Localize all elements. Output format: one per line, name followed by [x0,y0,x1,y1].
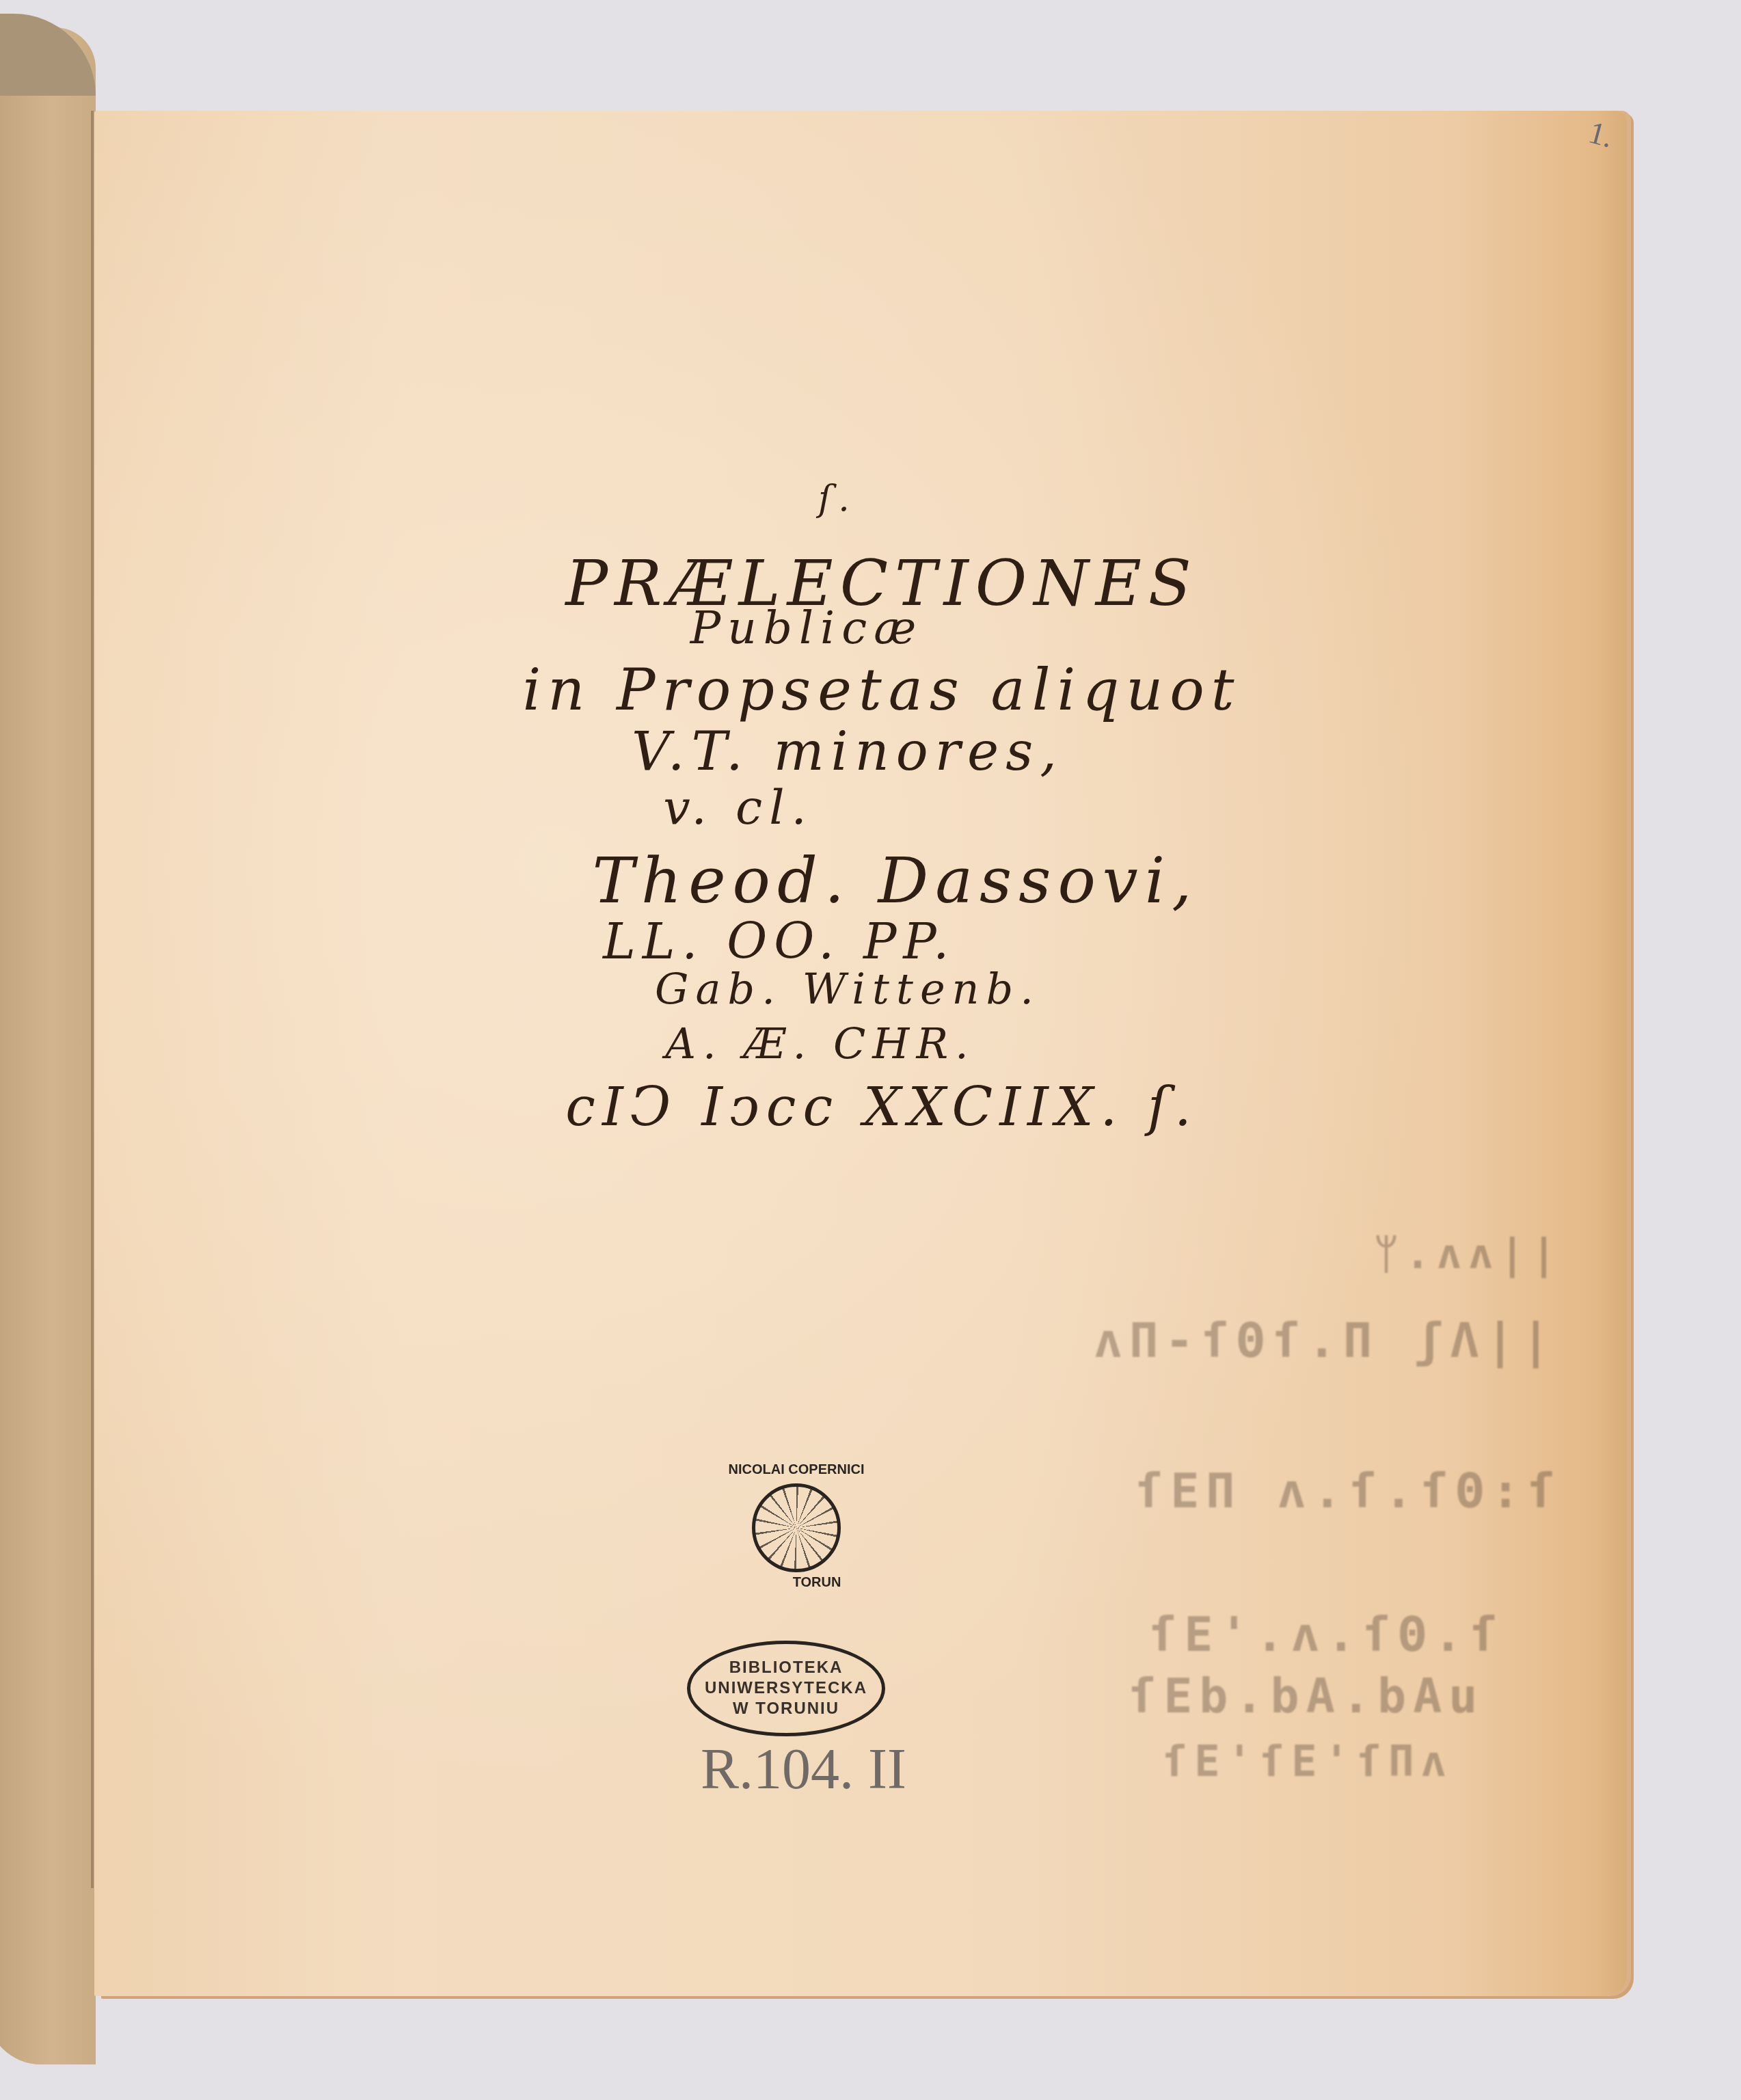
shelfmark: R.104. II [701,1736,906,1803]
wheel-emblem-icon [752,1483,841,1572]
title-line-9: A. Æ. CHR. [665,1019,975,1068]
title-line-5: v. cl. [663,779,813,835]
title-line-6: Theod. Dassovi, [593,844,1199,917]
offset-ink-6: ſΕ'ſΕ'ſΠʌ [1162,1736,1453,1786]
stamp-oval-line-2: UNIWERSYTECKA [705,1678,867,1699]
stamp-round-bottom-text: TORUN [769,1572,865,1596]
cover-edge [0,14,96,96]
title-line-0: ſ. [818,479,856,520]
offset-ink-2: ʌΠ-ſΘſ.Π ʃΛ|| [1094,1312,1557,1369]
biblioteka-uniwersytecka-stamp: BIBLIOTEKA UNIWERSYTECKA W TORUNIU [687,1641,885,1736]
title-line-8: Gab. Wittenb. [655,964,1040,1014]
title-line-10: cIↃ Iↄcc XXCIIX. ſ. [565,1077,1198,1138]
book-cover-left [0,27,96,2064]
offset-ink-5: ſΕb.bA.bAu [1128,1668,1484,1724]
stamp-oval-line-3: W TORUNIU [733,1699,839,1719]
copernicus-university-round-stamp: NICOLAI COPERNICI TORUN [728,1459,865,1596]
title-line-4: V.T. minores, [632,721,1064,783]
title-line-3: in Propsetas aliquot [522,656,1241,723]
offset-ink-3: ſΕΠ ʌ.ſ.ſΘ:ſ [1135,1463,1563,1519]
title-line-7: LL. OO. PP. [603,913,956,970]
gutter [91,111,94,1888]
offset-ink-4: ſΕ'.ʌ.ſΘ.ſ [1148,1606,1504,1662]
offset-ink-1: ᛘ.ʌʌ|| [1374,1230,1563,1278]
title-line-2: Publicæ [690,602,923,654]
stamp-round-top-text: NICOLAI COPERNICI [728,1459,865,1483]
stamp-oval-line-1: BIBLIOTEKA [729,1658,843,1678]
